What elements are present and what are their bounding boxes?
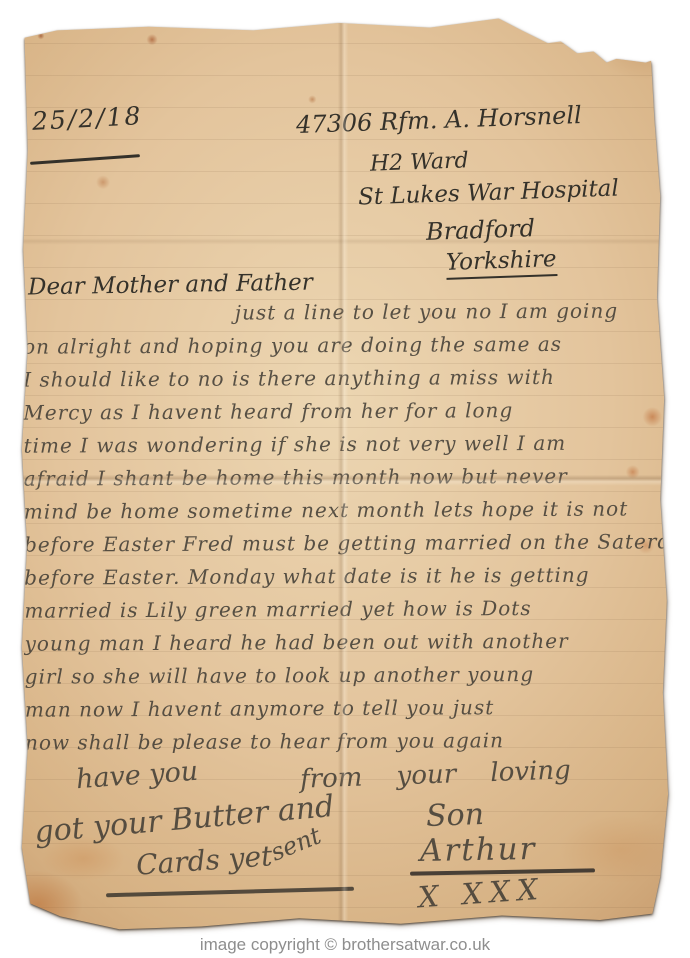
copyright-caption: image copyright © brothersatwar.co.uk: [0, 935, 690, 955]
body-line: young man I heard he had been out with a…: [25, 628, 665, 664]
body-line: just a line to let you no I am going: [23, 298, 663, 334]
sender-service-number-name: 47306 Rfm. A. Horsnell: [296, 101, 583, 139]
body-line: before Easter. Monday what date is it he…: [24, 562, 664, 598]
kisses-marks: X XXX: [417, 872, 546, 915]
letter-scan: 25/2/18 47306 Rfm. A. Horsnell H2 Ward S…: [0, 0, 690, 958]
body-line: mind be home sometime next month lets ho…: [24, 496, 664, 532]
postscript-underline-stroke: [106, 887, 354, 897]
letter-body: just a line to let you no I am going on …: [23, 298, 665, 763]
body-line: man now I havent anymore to tell you jus…: [25, 694, 665, 730]
body-line: Mercy as I havent heard from her for a l…: [23, 397, 663, 433]
body-line: afraid I shant be home this month now bu…: [24, 463, 664, 499]
closing-son: Son: [425, 797, 484, 834]
body-line: married is Lily green married yet how is…: [24, 595, 664, 631]
sender-ward: H2 Ward: [370, 148, 469, 176]
signature: Arthur: [420, 831, 537, 869]
sender-hospital: St Lukes War Hospital: [358, 175, 620, 210]
paper-background: 25/2/18 47306 Rfm. A. Horsnell H2 Ward S…: [18, 12, 672, 932]
sender-city: Bradford: [426, 214, 536, 246]
salutation: Dear Mother and Father: [28, 270, 313, 301]
body-line: I should like to no is there anything a …: [23, 364, 663, 400]
body-line: girl so she will have to look up another…: [25, 661, 665, 697]
postscript-line-3: Cards yet: [135, 839, 273, 881]
body-line: on alright and hoping you are doing the …: [23, 331, 663, 367]
sender-county: Yorkshire: [446, 246, 558, 280]
date-underline-stroke: [30, 154, 140, 165]
body-line: before Easter Fred must be getting marri…: [24, 529, 664, 565]
paper-sheet: 25/2/18 47306 Rfm. A. Horsnell H2 Ward S…: [18, 12, 672, 932]
body-line: time I was wondering if she is not very …: [23, 430, 663, 466]
letter-date: 25/2/18: [31, 101, 143, 136]
